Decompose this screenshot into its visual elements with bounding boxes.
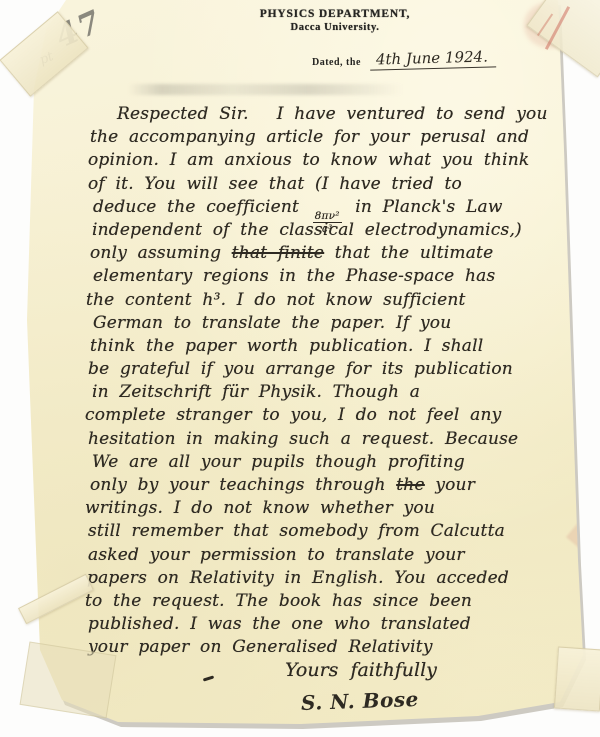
manuscript-line: writings. I do not know whether you: [85, 497, 571, 520]
manuscript-line: elementary regions in the Phase-space ha…: [85, 265, 571, 288]
manuscript-line: independent of the classical electrodyna…: [85, 219, 571, 242]
stray-pen-mark: [203, 675, 214, 681]
handwritten-text: writings. I do not know whether you: [85, 498, 435, 518]
manuscript-line: We are all your pupils though profiting: [85, 451, 571, 474]
handwritten-text: independent of the classical electrodyna…: [92, 220, 522, 240]
manuscript-line: asked your permission to translate your: [85, 544, 571, 567]
scanned-letter: pt 47 PHYSICS DEPARTMENT, Dacca Universi…: [0, 0, 600, 737]
handwritten-text: opinion. I am anxious to know what you t…: [88, 150, 529, 170]
manuscript-line: complete stranger to you, I do not feel …: [85, 404, 571, 427]
handwritten-text: only by your teachings through: [90, 475, 396, 495]
tape-bottom-left: [20, 642, 117, 719]
letterhead: PHYSICS DEPARTMENT, Dacca University.: [245, 8, 425, 33]
manuscript-line: the accompanying article for your perusa…: [85, 126, 571, 149]
handwritten-text: in Planck's Law: [345, 197, 503, 217]
letter-paper: pt 47 PHYSICS DEPARTMENT, Dacca Universi…: [0, 0, 600, 737]
manuscript-line: Respected Sir.I have ventured to send yo…: [85, 103, 571, 126]
manuscript-line: only assuming that finite that the ultim…: [85, 242, 571, 265]
valediction: Yours faithfully: [285, 659, 437, 681]
letterhead-university: Dacca University.: [245, 22, 425, 33]
handwritten-text: deduce the coefficient: [93, 197, 310, 217]
stain: [566, 520, 600, 554]
handwritten-text: the content h³. I do not know sufficient: [86, 290, 466, 310]
manuscript-line: your paper on Generalised Relativity: [85, 636, 571, 659]
signature: S. N. Bose: [301, 687, 420, 715]
handwritten-text: published. I was the one who translated: [88, 614, 471, 634]
handwritten-text: your: [425, 475, 475, 495]
manuscript-line: published. I was the one who translated: [85, 613, 571, 636]
letterhead-department: PHYSICS DEPARTMENT,: [245, 8, 425, 20]
handwritten-text: We are all your pupils though profiting: [92, 452, 465, 472]
manuscript-line: hesitation in making such a request. Bec…: [85, 428, 571, 451]
manuscript-line: still remember that somebody from Calcut…: [85, 520, 571, 543]
manuscript-line: the content h³. I do not know sufficient: [85, 289, 571, 312]
handwritten-text: complete stranger to you, I do not feel …: [85, 405, 501, 425]
date-label: Dated, the: [312, 57, 361, 68]
struck-text: that finite: [232, 243, 324, 263]
handwritten-text: asked your permission to translate your: [88, 545, 465, 565]
handwritten-text: still remember that somebody from Calcut…: [88, 521, 505, 541]
manuscript-line: in Zeitschrift für Physik. Though a: [85, 381, 571, 404]
handwritten-text: hesitation in making such a request. Bec…: [88, 429, 518, 449]
handwritten-text: the accompanying article for your perusa…: [90, 127, 529, 147]
manuscript-line: deduce the coefficient 8πν²c³ in Planck'…: [85, 196, 571, 219]
handwritten-text: only assuming: [90, 243, 232, 263]
handwritten-text: be grateful if you arrange for its publi…: [88, 359, 513, 379]
date-value: 4th June 1924.: [370, 47, 496, 70]
handwritten-text: German to translate the paper. If you: [93, 313, 451, 333]
handwritten-text: in Zeitschrift für Physik. Though a: [92, 382, 420, 402]
manuscript-line: think the paper worth publication. I sha…: [85, 335, 571, 358]
manuscript-line: papers on Relativity in English. You acc…: [85, 567, 571, 590]
handwritten-text: your paper on Generalised Relativity: [88, 637, 433, 657]
manuscript-line: opinion. I am anxious to know what you t…: [85, 149, 571, 172]
handwritten-text: of it. You will see that (I have tried t…: [88, 174, 462, 194]
handwritten-text: to the request. The book has since been: [85, 591, 472, 611]
tape-bottom-right: [554, 646, 600, 711]
manuscript-line: only by your teachings through the your: [85, 474, 571, 497]
handwritten-text: elementary regions in the Phase-space ha…: [93, 266, 495, 286]
ink-ghost-smudge: [128, 84, 403, 95]
manuscript-line: be grateful if you arrange for its publi…: [85, 358, 571, 381]
handwritten-text: that the ultimate: [324, 243, 493, 263]
handwritten-text: papers on Relativity in English. You acc…: [87, 568, 509, 588]
date-line: Dated, the 4th June 1924.: [312, 50, 496, 71]
handwritten-text: I have ventured to send you: [277, 104, 548, 124]
manuscript-line: of it. You will see that (I have tried t…: [85, 173, 571, 196]
struck-text: the: [396, 475, 424, 495]
handwritten-text: think the paper worth publication. I sha…: [90, 336, 483, 356]
manuscript-line: German to translate the paper. If you: [85, 312, 571, 335]
letter-body: Respected Sir.I have ventured to send yo…: [85, 103, 571, 660]
handwritten-text: Respected Sir.: [117, 104, 249, 124]
manuscript-line: to the request. The book has since been: [85, 590, 571, 613]
